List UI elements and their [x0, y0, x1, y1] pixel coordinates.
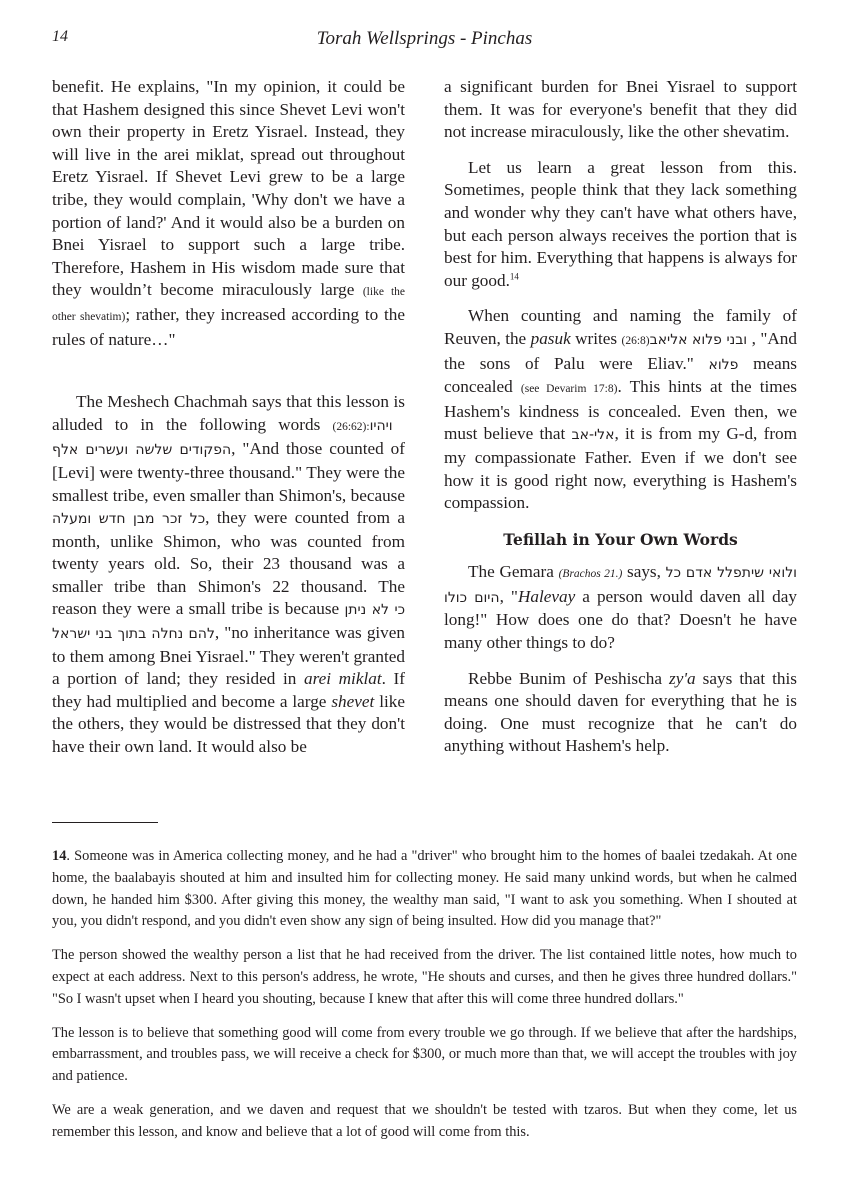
footnote-14: 14. Someone was in America collecting mo…	[52, 846, 797, 933]
verse-reference: (26:8)	[622, 335, 650, 347]
paragraph-continuation: benefit. He explains, "In my opinion, it…	[52, 76, 405, 351]
footnote-paragraph: The lesson is to believe that something …	[52, 1023, 797, 1088]
paragraph-reuven: When counting and naming the family of R…	[444, 305, 797, 514]
page-header: 14 Torah Wellsprings - Pinchas	[52, 28, 797, 54]
italic-term: shevet	[331, 692, 374, 711]
paragraph-gemara: The Gemara (Brachos 21.) says, ולואי שית…	[444, 561, 797, 654]
footnote-paragraph: We are a weak generation, and we daven a…	[52, 1100, 797, 1144]
paragraph-text: writes	[571, 329, 622, 348]
section-heading: Tefillah in Your Own Words	[444, 529, 797, 552]
paragraph-text: The Gemara	[468, 562, 559, 581]
paragraph-text: Rebbe Bunim of Peshischa	[468, 669, 669, 688]
paragraph-text: benefit. He explains, "In my opinion, it…	[52, 77, 405, 299]
paragraph-text: says,	[622, 562, 665, 581]
paragraph-continuation: a significant burden for Bnei Yisrael to…	[444, 76, 797, 144]
italic-term: arei miklat	[304, 669, 382, 688]
paragraph-rebbe-bunim: Rebbe Bunim of Peshischa zy'a says that …	[444, 668, 797, 758]
running-title: Torah Wellsprings - Pinchas	[52, 28, 797, 50]
verse-reference: (see Devarim 17:8)	[521, 383, 618, 395]
paragraph-text: , "	[500, 587, 518, 606]
paragraph-lesson: Let us learn a great lesson from this. S…	[444, 157, 797, 293]
footnote-number: 14	[52, 848, 66, 864]
hebrew-quote: פלוא	[709, 357, 739, 373]
paragraph-text: Let us learn a great lesson from this. S…	[444, 158, 797, 290]
right-column: a significant burden for Bnei Yisrael to…	[444, 76, 797, 758]
italic-term: pasuk	[531, 329, 571, 348]
footnote-text: . Someone was in America collecting mone…	[52, 848, 797, 929]
italic-term: zy'a	[669, 669, 696, 688]
hebrew-quote: ובני פלוא אליאב	[650, 332, 752, 348]
footnotes: 14. Someone was in America collecting mo…	[52, 846, 797, 1156]
source-reference: (Brachos 21.)	[559, 568, 623, 580]
footnote-reference[interactable]: 14	[510, 271, 519, 281]
italic-term: Halevay	[518, 587, 575, 606]
hebrew-quote: אלי-אב	[572, 427, 615, 443]
paragraph-meshech-chachmah: The Meshech Chachmah says that this less…	[52, 391, 405, 759]
left-column: benefit. He explains, "In my opinion, it…	[52, 76, 405, 759]
footnote-paragraph: The person showed the wealthy person a l…	[52, 945, 797, 1010]
footnote-divider	[52, 822, 158, 823]
hebrew-quote: כל זכר מבן חדש ומעלה	[52, 511, 205, 527]
verse-reference: (26:62):	[333, 421, 370, 433]
